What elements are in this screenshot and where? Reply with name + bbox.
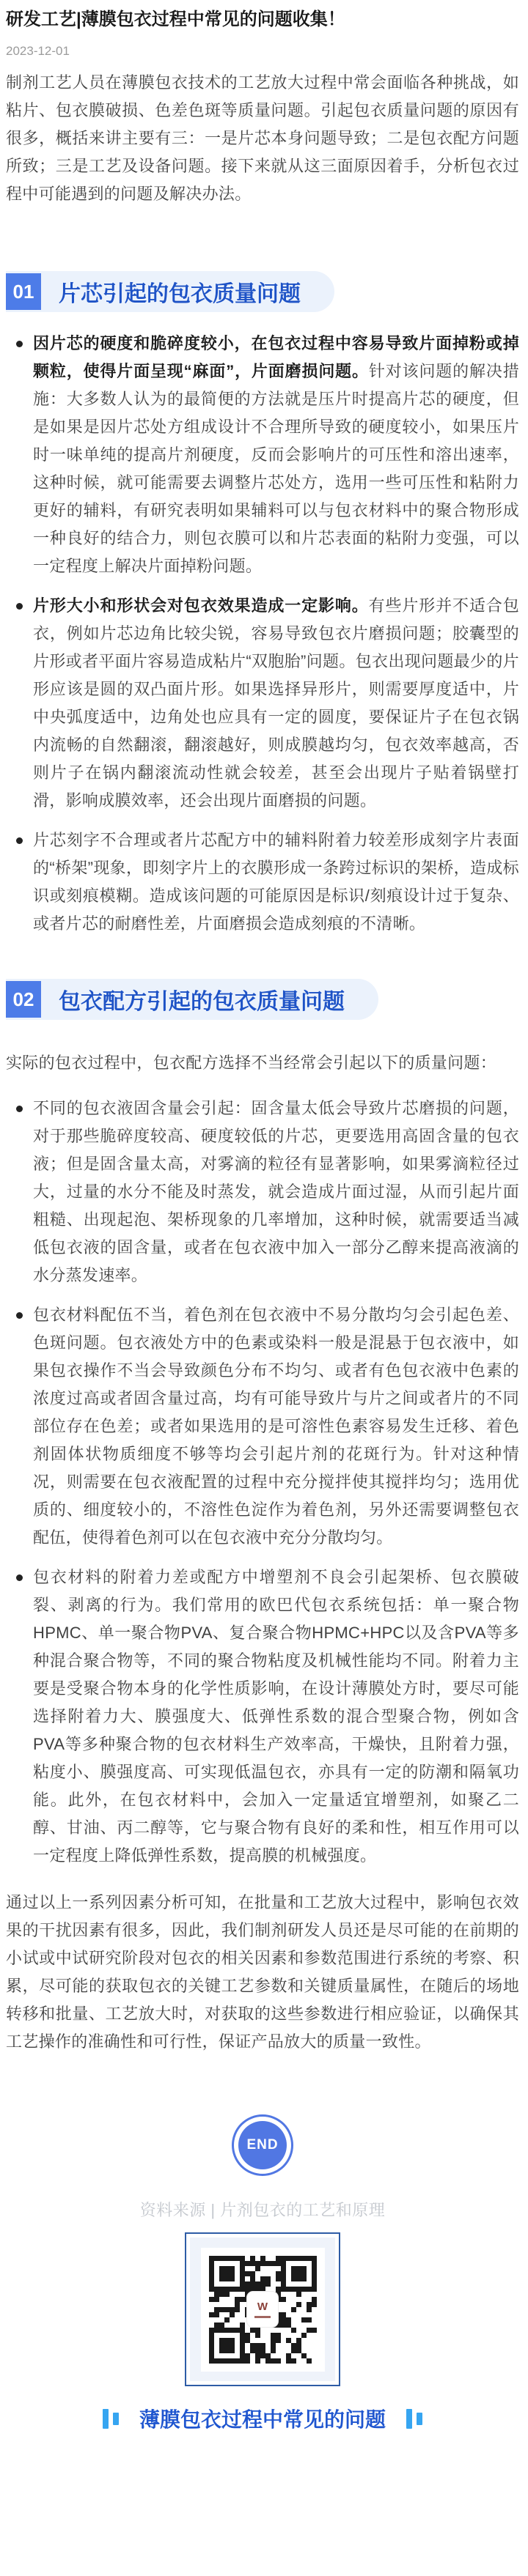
- end-badge: END: [232, 2114, 293, 2176]
- qr-code-panel: W: [190, 2238, 335, 2381]
- source-attribution: 资料来源 | 片剂包衣的工艺和原理: [6, 2198, 519, 2221]
- list-item: 不同的包衣液固含量会引起：固含量太低会导致片芯磨损的问题，对于那些脆碎度较高、硬…: [6, 1095, 519, 1289]
- section-2-number-badge: 02: [6, 981, 41, 1018]
- bullet-body-text: 不同的包衣液固含量会引起：固含量太低会导致片芯磨损的问题，对于那些脆碎度较高、硬…: [33, 1099, 519, 1284]
- section-1-title: 片芯引起的包衣质量问题: [41, 275, 334, 308]
- section-2-intro: 实际的包衣过程中，包衣配方选择不当经常会引起以下的质量问题：: [6, 1049, 519, 1077]
- intro-paragraph: 制剂工艺人员在薄膜包衣技术的工艺放大过程中常会面临各种挑战，如粘片、包衣膜破损、…: [6, 69, 519, 208]
- qr-logo-icon: W: [246, 2291, 279, 2328]
- bullet-body-text: 包衣材料配伍不当，着色剂在包衣液中不易分散均匀会引起色差、色斑问题。包衣液处方中…: [33, 1306, 519, 1547]
- footer-bars-left-icon: [103, 2409, 119, 2429]
- closing-paragraph: 通过以上一系列因素分析可知，在批量和工艺放大过程中，影响包衣效果的干扰因素有很多…: [6, 1889, 519, 2056]
- bullet-lead-text: 片形大小和形状会对包衣效果造成一定影响。: [33, 596, 369, 615]
- list-item: 因片芯的硬度和脆碎度较小，在包衣过程中容易导致片面掉粉或掉颗粒，使得片面呈现“麻…: [6, 330, 519, 580]
- article-page: 研发工艺|薄膜包衣过程中常见的问题收集！ 2023-12-01 制剂工艺人员在薄…: [0, 0, 528, 2576]
- qr-code-frame: W: [201, 2248, 325, 2372]
- footer-caption-row: 薄膜包衣过程中常见的问题: [6, 2404, 519, 2436]
- footer-caption: 薄膜包衣过程中常见的问题: [139, 2404, 386, 2433]
- qr-logo-subline: [254, 2316, 271, 2318]
- section-1-heading: 01 片芯引起的包衣质量问题: [6, 271, 519, 312]
- qr-logo-glyph: W: [257, 2301, 268, 2313]
- section-1-heading-bar: 01 片芯引起的包衣质量问题: [6, 271, 334, 312]
- footer-bars-right-icon: [406, 2409, 422, 2429]
- end-divider: END: [6, 2114, 519, 2176]
- bullet-body-text: 片芯刻字不合理或者片芯配方中的辅料附着力较差形成刻字片表面的“桥架”现象，即刻字…: [33, 831, 519, 933]
- publish-date: 2023-12-01: [6, 44, 519, 59]
- bullet-body-text: 针对该问题的解决措施：大多数人认为的最简便的方法就是压片时提高片芯的硬度，但是如…: [33, 362, 519, 575]
- section-2-title: 包衣配方引起的包衣质量问题: [41, 983, 378, 1015]
- section-2-heading: 02 包衣配方引起的包衣质量问题: [6, 979, 519, 1020]
- list-item: 包衣材料的附着力差或配方中增塑剂不良会引起架桥、包衣膜破裂、剥离的行为。我们常用…: [6, 1563, 519, 1870]
- list-item: 片芯刻字不合理或者片芯配方中的辅料附着力较差形成刻字片表面的“桥架”现象，即刻字…: [6, 826, 519, 938]
- list-item: 包衣材料配伍不当，着色剂在包衣液中不易分散均匀会引起色差、色斑问题。包衣液处方中…: [6, 1301, 519, 1552]
- section-1-bullet-list: 因片芯的硬度和脆碎度较小，在包衣过程中容易导致片面掉粉或掉颗粒，使得片面呈现“麻…: [6, 330, 519, 938]
- section-1-number-badge: 01: [6, 273, 41, 310]
- page-title: 研发工艺|薄膜包衣过程中常见的问题收集！: [6, 7, 519, 32]
- section-2-heading-bar: 02 包衣配方引起的包衣质量问题: [6, 979, 378, 1020]
- end-badge-label: END: [238, 2121, 287, 2169]
- list-item: 片形大小和形状会对包衣效果造成一定影响。有些片形并不适合包衣，例如片芯边角比较尖…: [6, 592, 519, 815]
- bullet-body-text: 包衣材料的附着力差或配方中增塑剂不良会引起架桥、包衣膜破裂、剥离的行为。我们常用…: [33, 1568, 519, 1865]
- section-2-bullet-list: 不同的包衣液固含量会引起：固含量太低会导致片芯磨损的问题，对于那些脆碎度较高、硬…: [6, 1095, 519, 1870]
- qr-code-box: W: [185, 2232, 340, 2386]
- bullet-body-text: 有些片形并不适合包衣，例如片芯边角比较尖锐，容易导致包衣片磨损问题；胶囊型的片形…: [33, 596, 519, 810]
